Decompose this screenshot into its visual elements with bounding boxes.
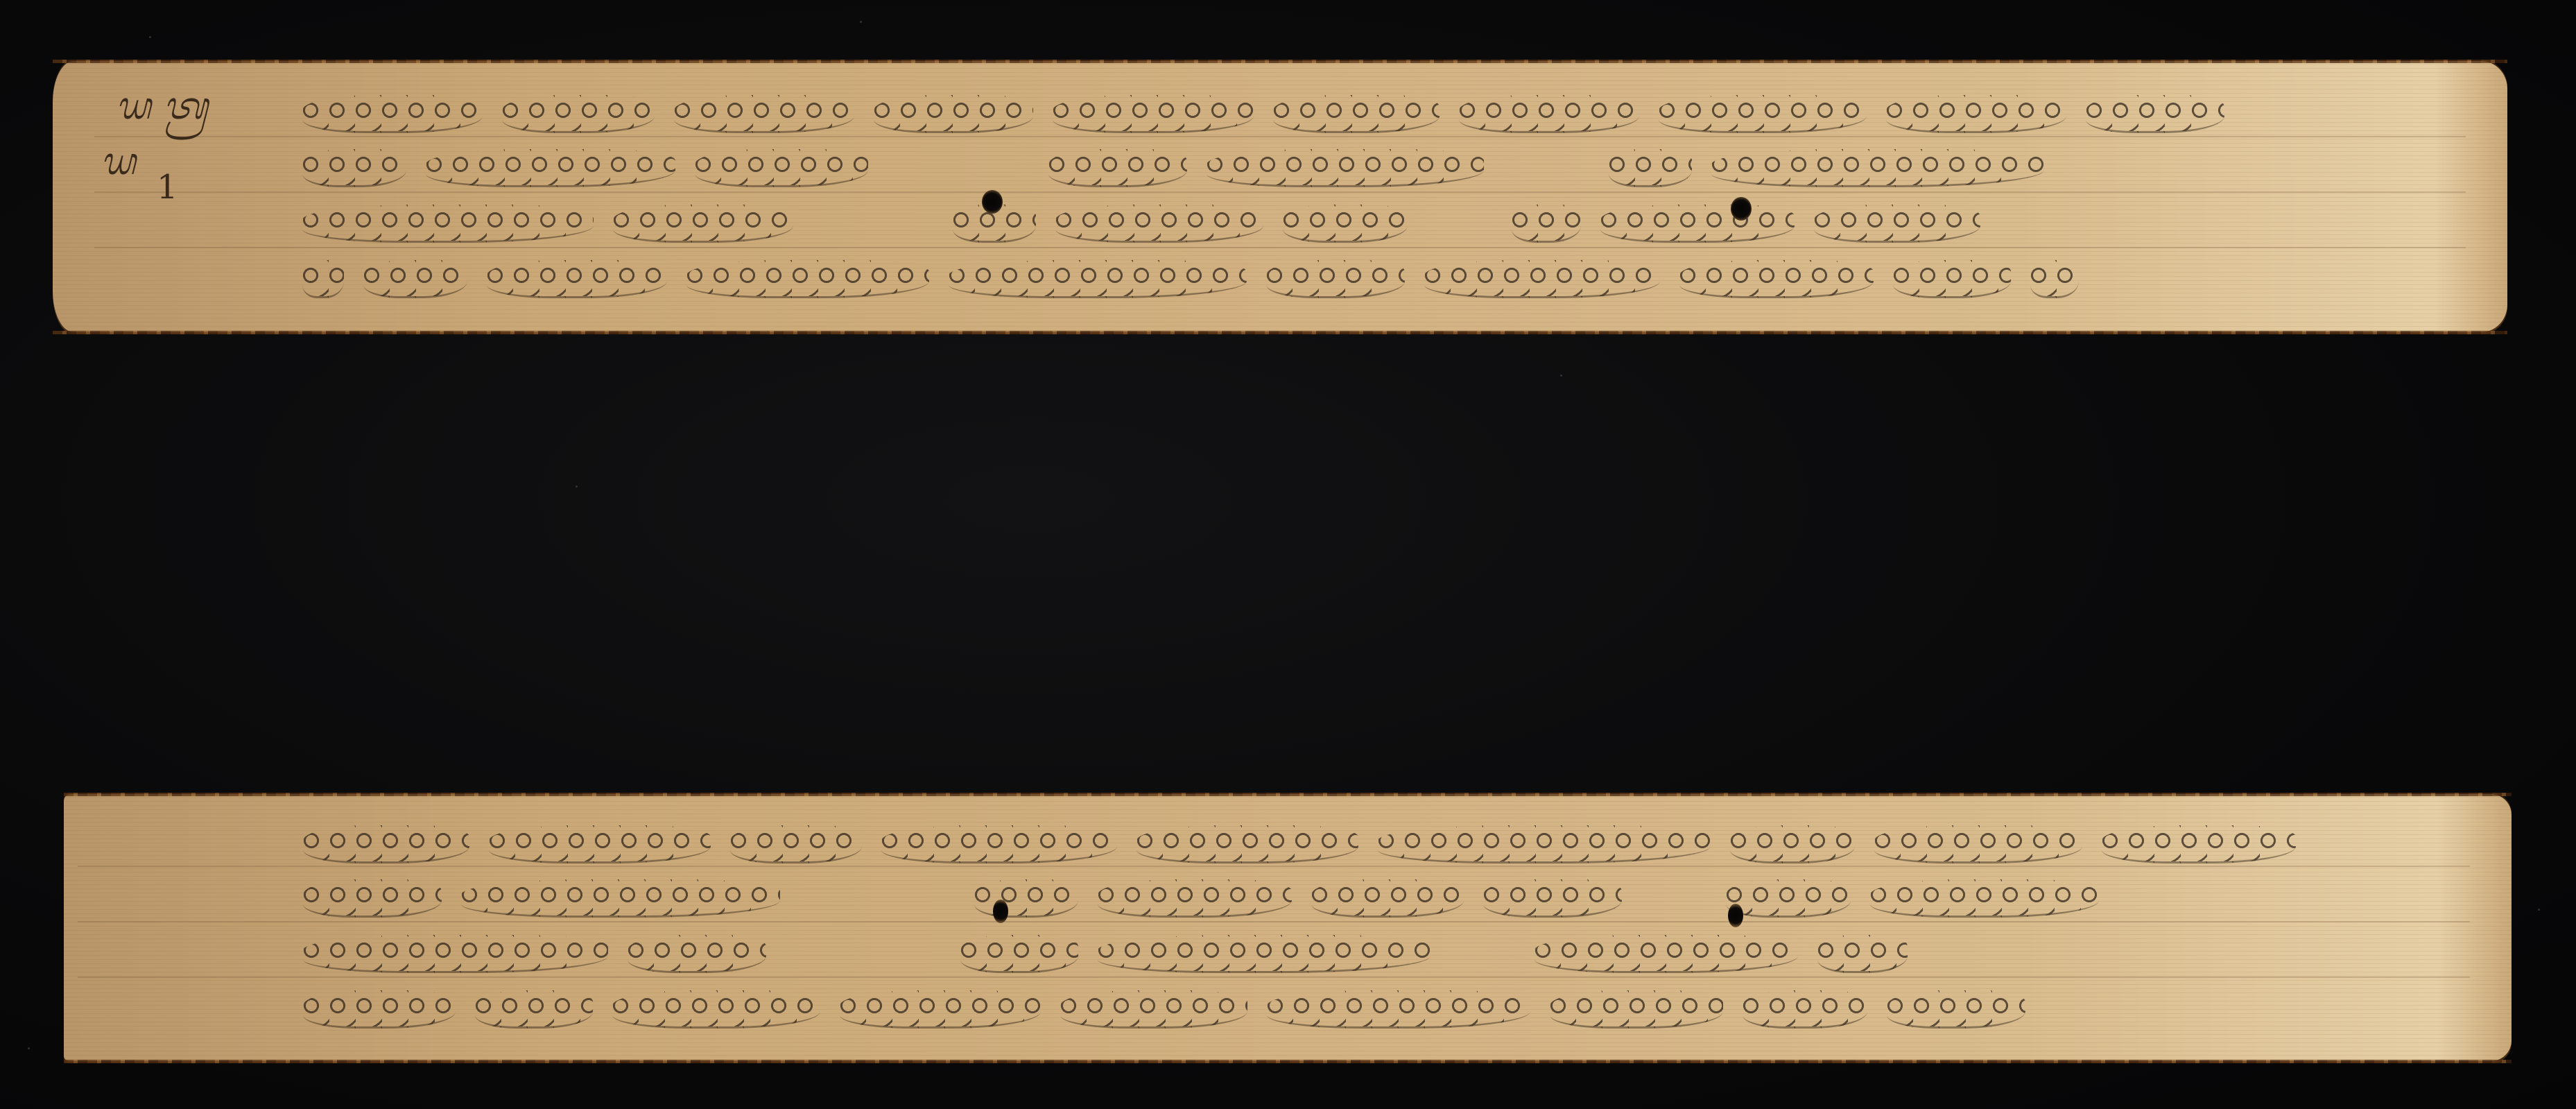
margin-mark: ᬬ bbox=[100, 143, 136, 180]
palm-leaf-top: ᬬ ᬢ᭄ᬭ ᬬ 1 bbox=[53, 60, 2507, 334]
binding-hole-left bbox=[993, 900, 1008, 923]
ruling-line bbox=[78, 921, 2470, 922]
dust-speck bbox=[28, 1047, 30, 1049]
binding-hole-left bbox=[982, 190, 1003, 214]
ruling-line bbox=[78, 977, 2470, 978]
dust-speck bbox=[149, 36, 151, 38]
script-line-3 bbox=[303, 927, 2383, 974]
ruling-line bbox=[94, 247, 2466, 248]
binding-hole-right bbox=[1731, 197, 1752, 221]
script-line-1 bbox=[302, 87, 2383, 135]
margin-title-mark: ᬬ ᬢ᭄ᬭ bbox=[115, 87, 208, 125]
script-line-1 bbox=[303, 818, 2383, 865]
leaf-edge bbox=[53, 331, 2507, 334]
palm-leaf-bottom bbox=[64, 793, 2512, 1063]
dust-speck bbox=[576, 485, 578, 488]
binding-hole-right bbox=[1728, 904, 1743, 927]
leaf-edge bbox=[53, 60, 2507, 63]
dust-speck bbox=[2538, 909, 2540, 911]
leaf-edge bbox=[64, 793, 2512, 796]
script-line-4 bbox=[303, 983, 2383, 1030]
leaf-edge bbox=[64, 1060, 2512, 1063]
ruling-line bbox=[94, 191, 2466, 193]
script-line-2 bbox=[302, 141, 2383, 189]
script-line-3 bbox=[302, 197, 2383, 244]
dust-speck bbox=[1560, 375, 1562, 377]
ruling-line bbox=[94, 136, 2466, 137]
script-line-2 bbox=[303, 872, 2383, 919]
page-number: 1 bbox=[157, 171, 178, 204]
script-line-4 bbox=[302, 252, 2383, 300]
dust-speck bbox=[860, 21, 862, 23]
ruling-line bbox=[78, 866, 2470, 867]
